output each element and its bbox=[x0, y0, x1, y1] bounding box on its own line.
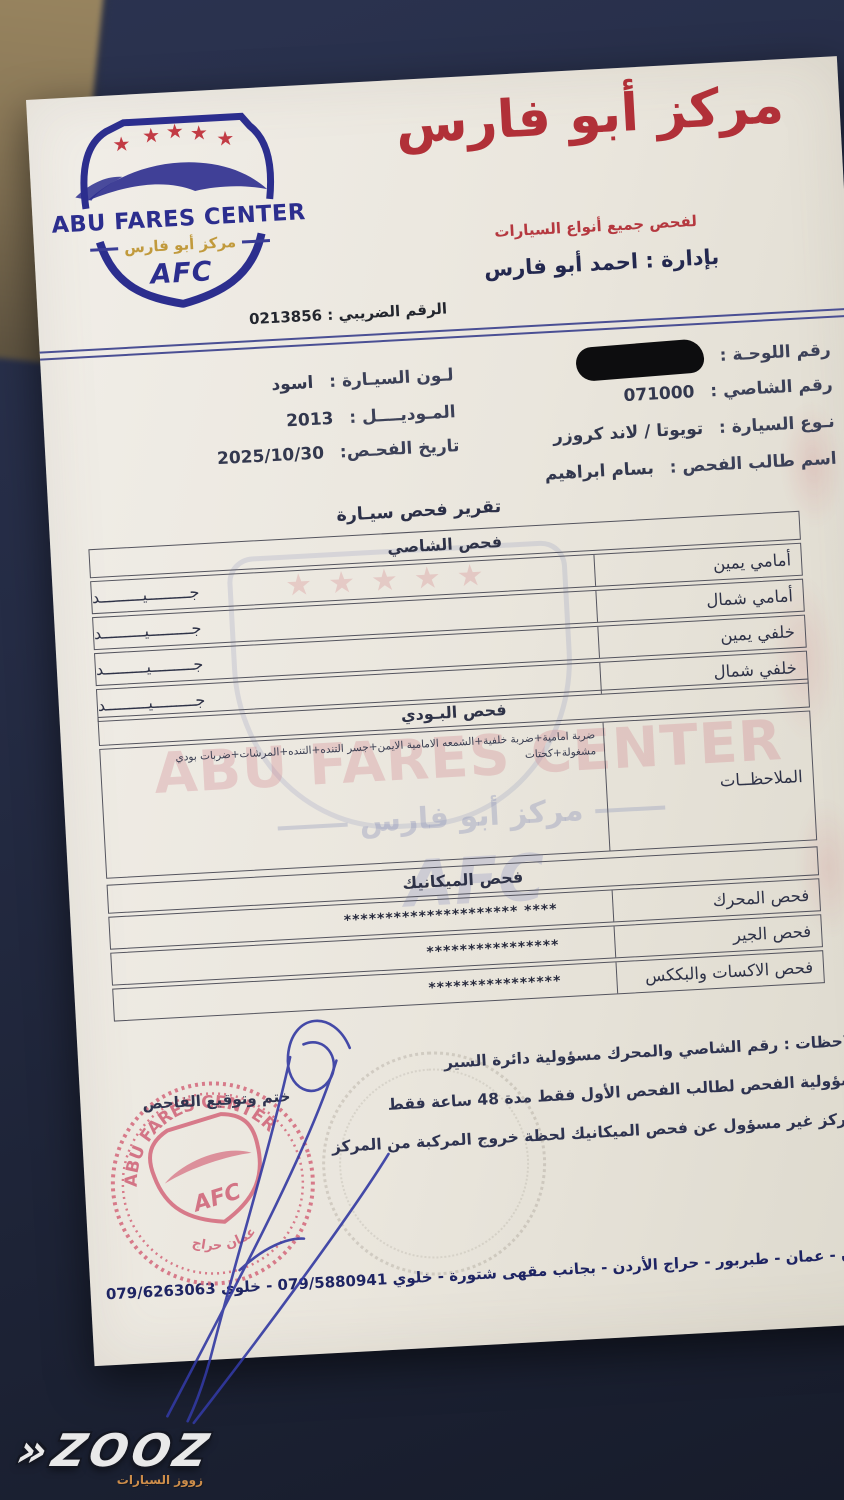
svg-text:★: ★ bbox=[189, 120, 208, 145]
zooz-watermark-logo: »ZOOZ زووز السيارات bbox=[18, 1424, 211, 1487]
row-value: ضربة امامية+ضربة خلفية+الشمعه الامامية ا… bbox=[100, 723, 609, 878]
zooz-wordmark: ZOOZ bbox=[48, 1424, 217, 1477]
row-label: فحص الاكسات والبككس bbox=[615, 951, 823, 993]
car-type-value: تويوتا / لاند كروزر bbox=[552, 419, 703, 447]
inspection-date-value: 2025/10/30 bbox=[217, 443, 325, 469]
svg-text:★: ★ bbox=[141, 123, 160, 148]
center-title-arabic: مركز أبو فارس bbox=[368, 72, 811, 161]
svg-text:★: ★ bbox=[165, 119, 184, 144]
report-title: تقرير فحص سيـارة bbox=[278, 494, 559, 529]
plate-number-label: رقم اللوحـة : bbox=[719, 340, 831, 366]
car-color-value: اسود bbox=[271, 373, 314, 395]
inspector-signature-ink bbox=[76, 1002, 438, 1440]
inspection-report-paper: ★★★★★ ABU FARES CENTER مركز أبو فارس AFC… bbox=[26, 56, 844, 1366]
photo-scene: ★★★★★ ABU FARES CENTER مركز أبو فارس AFC… bbox=[0, 0, 844, 1500]
requester-name-value: بسام ابراهيم bbox=[544, 459, 654, 485]
model-year-value: 2013 bbox=[286, 409, 334, 432]
chassis-number-value: 071000 bbox=[623, 382, 695, 406]
svg-text:★: ★ bbox=[112, 131, 131, 156]
center-subtitle-arabic: لفحص جميع أنواع السيارات bbox=[415, 208, 775, 245]
row-label: الملاحظــات bbox=[603, 712, 817, 851]
car-color-field: لـون السيـارة : اسود bbox=[271, 365, 454, 395]
abu-fares-logo: ★ ★ ★ ★ ★ ABU FARES CENTER مركز أبو فارس… bbox=[53, 102, 303, 315]
plate-number-field: رقم اللوحـة : bbox=[575, 333, 831, 381]
inspection-date-field: تاريخ الفحـص: 2025/10/30 bbox=[217, 436, 460, 469]
model-year-label: المـوديــــل : bbox=[349, 402, 456, 428]
car-color-label: لـون السيـارة : bbox=[329, 365, 454, 392]
managed-by-line: بإدارة : احمد أبو فارس bbox=[401, 240, 802, 286]
inspection-date-label: تاريخ الفحـص: bbox=[339, 436, 460, 462]
plate-number-redaction bbox=[575, 338, 705, 382]
svg-text:★: ★ bbox=[216, 126, 235, 151]
logo-abbr-text: AFC bbox=[131, 255, 233, 291]
model-year-field: المـوديــــل : 2013 bbox=[286, 402, 456, 431]
